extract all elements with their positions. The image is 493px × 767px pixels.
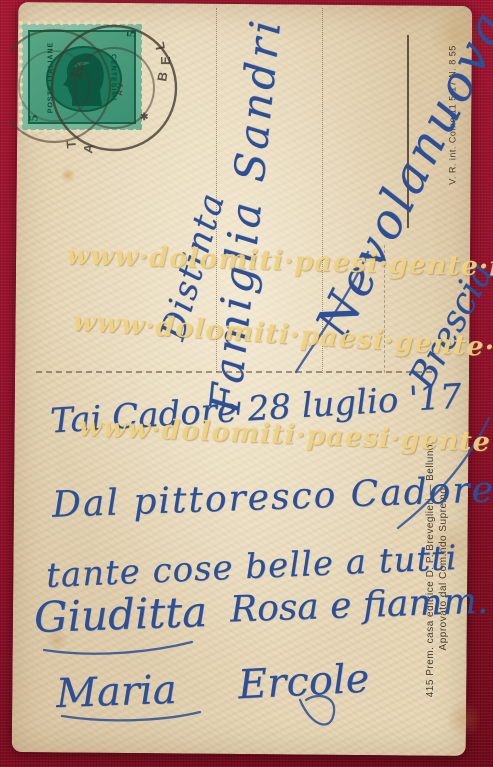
postmark-letter: A bbox=[80, 142, 97, 154]
postmark-inner-letters: A V bbox=[115, 82, 125, 96]
postmark-letter: T bbox=[63, 140, 79, 149]
postmark: B E L ✱ T A A V 17 bbox=[10, 16, 200, 176]
postmark-letter: E bbox=[158, 56, 173, 65]
signature: Maria bbox=[55, 670, 177, 714]
signature: Rosa e fiamm. bbox=[229, 584, 488, 629]
signature: Ercole bbox=[237, 659, 370, 706]
postmark-date: 17 bbox=[67, 61, 88, 82]
photo-background: POSTE ITALIANE CENTESIMI 5 5 B E L ✱ T A… bbox=[0, 0, 493, 767]
stain bbox=[448, 698, 480, 740]
postmark-letter: B bbox=[154, 71, 170, 83]
postmark-star: ✱ bbox=[140, 112, 149, 123]
signature: Giuditta bbox=[33, 591, 208, 639]
